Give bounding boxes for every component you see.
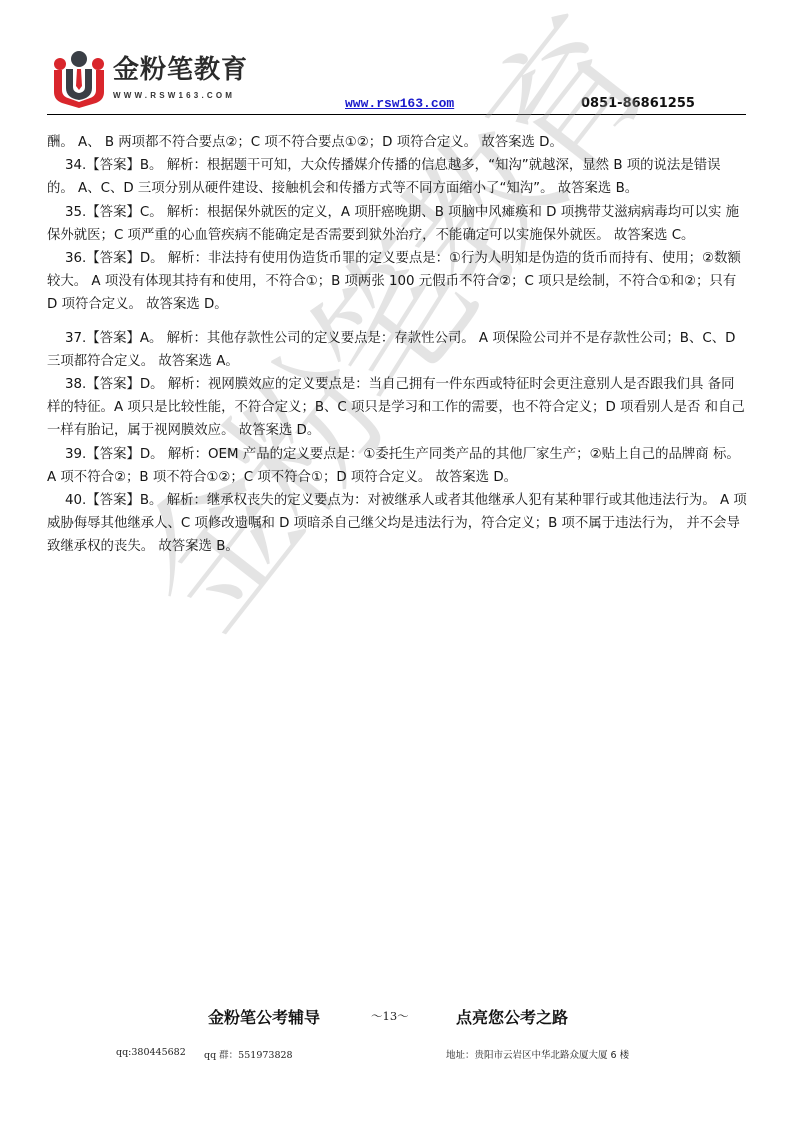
paragraph-q37: 37.【答案】A。 解析：其他存款性公司的定义要点是：存款性公司。 A 项保险公… <box>47 327 747 373</box>
brand-url: WWW.RSW163.COM <box>113 91 235 100</box>
footer-slogan-row: 金粉笔公考辅导 ～13～ 点亮您公考之路 <box>0 1005 793 1029</box>
paragraph-q40: 40.【答案】B。 解析：继承权丧失的定义要点为：对被继承人或者其他继承人犯有某… <box>47 489 747 559</box>
answer-explanations: 酬。 A、 B 两项都不符合要点②；C 项不符合要点①②；D 项符合定义。 故答… <box>47 131 747 559</box>
paragraph-q33-continued: 酬。 A、 B 两项都不符合要点②；C 项不符合要点①②；D 项符合定义。 故答… <box>47 131 747 154</box>
paragraph-q38: 38.【答案】D。 解析：视网膜效应的定义要点是：当自己拥有一件东西或特征时会更… <box>47 373 747 443</box>
header-phone: 0851-86861255 <box>581 96 695 111</box>
footer-slogan-left: 金粉笔公考辅导 <box>208 1005 320 1028</box>
brand-logo-icon <box>50 50 108 108</box>
paragraph-q34: 34.【答案】B。 解析：根据题干可知，大众传播媒介传播的信息越多，“知沟”就越… <box>47 154 747 200</box>
website-link[interactable]: www.rsw163.com <box>345 96 454 111</box>
paragraph-q36: 36.【答案】D。 解析：非法持有使用伪造货币罪的定义要点是：①行为人明知是伪造… <box>47 247 747 317</box>
footer-qq-group: qq 群：551973828 <box>204 1047 293 1061</box>
footer-qq: qq:380445682 <box>116 1047 186 1058</box>
footer-slogan-right: 点亮您公考之路 <box>456 1005 568 1028</box>
paragraph-q39: 39.【答案】D。 解析：OEM 产品的定义要点是：①委托生产同类产品的其他厂家… <box>47 443 747 489</box>
footer-contact-row: qq:380445682 qq 群：551973828 地址：贵阳市云岩区中华北… <box>0 1047 793 1063</box>
brand-name: 金粉笔教育 <box>113 55 248 85</box>
page-header: 金粉笔教育 WWW.RSW163.COM www.rsw163.com 0851… <box>0 0 793 120</box>
paragraph-q35: 35.【答案】C。 解析：根据保外就医的定义，A 项肝癌晚期、B 项脑中风瘫痪和… <box>47 201 747 247</box>
header-divider <box>47 114 746 115</box>
footer-address: 地址：贵阳市云岩区中华北路众厦大厦 6 楼 <box>446 1047 629 1061</box>
page-number: ～13～ <box>371 1008 409 1024</box>
